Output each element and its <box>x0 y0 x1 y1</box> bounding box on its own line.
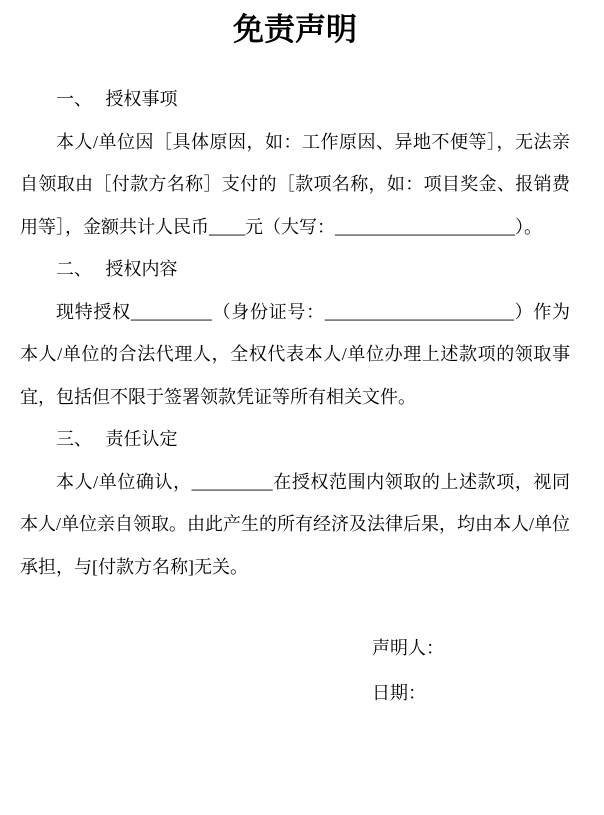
section-number-2: 二、 <box>56 259 92 279</box>
section-heading-1: 一、授权事项 <box>20 78 570 121</box>
signature-block: 声明人： 日期： <box>372 626 570 716</box>
section-body-3: 本人/单位确认，_________在授权范围内领取的上述款项，视同本人/单位亲自… <box>20 461 570 589</box>
document-page: 免责声明 一、授权事项 本人/单位因［具体原因，如：工作原因、异地不便等］，无法… <box>0 0 604 815</box>
section-number-3: 三、 <box>56 429 92 449</box>
date-label: 日期： <box>372 671 570 716</box>
section-title-2: 授权内容 <box>106 259 178 279</box>
section-number-1: 一、 <box>56 89 92 109</box>
section-body-2: 现特授权_________（身份证号：_____________________… <box>20 291 570 419</box>
section-title-3: 责任认定 <box>106 429 178 449</box>
section-title-1: 授权事项 <box>106 89 178 109</box>
section-heading-3: 三、责任认定 <box>20 418 570 461</box>
document-title: 免责声明 <box>20 12 570 48</box>
declarant-label: 声明人： <box>372 626 570 671</box>
section-body-1: 本人/单位因［具体原因，如：工作原因、异地不便等］，无法亲自领取由［付款方名称］… <box>20 121 570 249</box>
section-heading-2: 二、授权内容 <box>20 248 570 291</box>
